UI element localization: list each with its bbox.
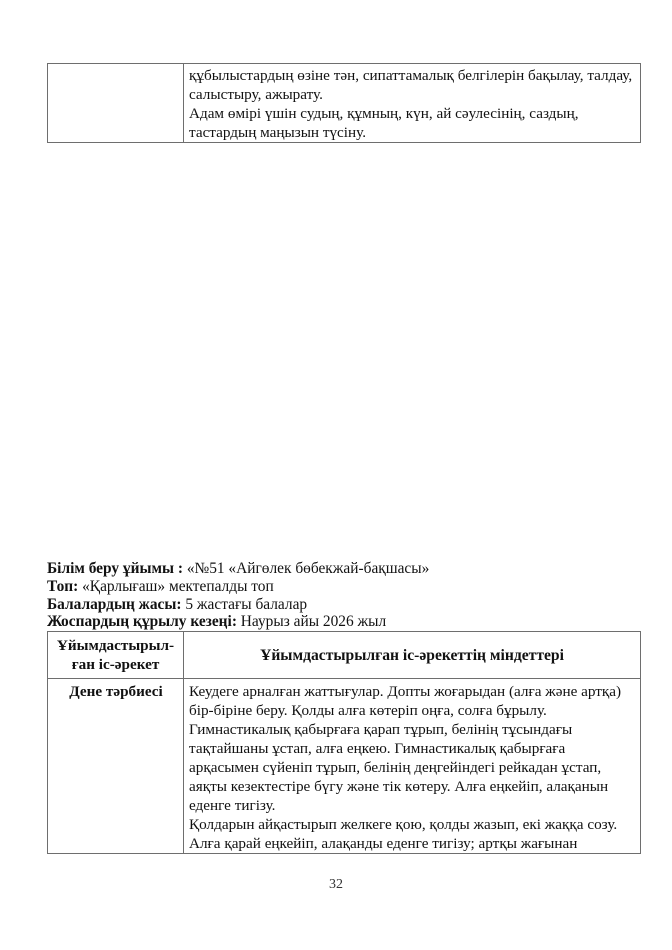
age-label: Балалардың жасы:: [47, 596, 182, 613]
page-number: 32: [0, 877, 672, 893]
header-activity: Ұйымдастырыл-ған іс-әрекет: [48, 632, 184, 679]
objectives-cell: Кеудеге арналған жаттығулар. Допты жоғар…: [184, 679, 641, 854]
group-line: Топ: «Қарлығаш» мектепалды топ: [47, 578, 429, 596]
organization-label: Білім беру ұйымы :: [47, 560, 183, 577]
table-header-row: Ұйымдастырыл-ған іс-әрекет Ұйымдастырылғ…: [48, 632, 641, 679]
header-objectives: Ұйымдастырылған іс-әрекеттің міндеттері: [184, 632, 641, 679]
table-row: Дене тәрбиесі Кеудеге арналған жаттығула…: [48, 679, 641, 854]
paragraph: Адам өмірі үшін судың, құмның, күн, ай с…: [189, 104, 636, 142]
period-label: Жоспардың құрылу кезеңі:: [47, 613, 237, 630]
paragraph: Кеудеге арналған жаттығулар. Допты жоғар…: [189, 682, 636, 815]
organization-value: «№51 «Айгөлек бөбекжай-бақшасы»: [183, 560, 429, 577]
period-value: Наурыз айы 2026 жыл: [237, 613, 386, 630]
group-value: «Қарлығаш» мектепалды топ: [78, 578, 273, 595]
period-line: Жоспардың құрылу кезеңі: Наурыз айы 2026…: [47, 613, 429, 631]
continuation-table: құбылыстардың өзіне тән, сипаттамалық бе…: [47, 63, 641, 143]
organization-line: Білім беру ұйымы : «№51 «Айгөлек бөбекжа…: [47, 560, 429, 578]
age-value: 5 жастағы балалар: [182, 596, 308, 613]
plan-info-block: Білім беру ұйымы : «№51 «Айгөлек бөбекжа…: [47, 560, 429, 631]
paragraph: құбылыстардың өзіне тән, сипаттамалық бе…: [189, 66, 636, 104]
paragraph: Қолдарын айқастырып желкеге қою, қолды ж…: [189, 815, 636, 853]
age-line: Балалардың жасы: 5 жастағы балалар: [47, 596, 429, 614]
table-cell-objectives: құбылыстардың өзіне тән, сипаттамалық бе…: [184, 64, 641, 143]
subject-cell: Дене тәрбиесі: [48, 679, 184, 854]
table-cell-empty: [48, 64, 184, 143]
table-row: құбылыстардың өзіне тән, сипаттамалық бе…: [48, 64, 641, 143]
activities-table: Ұйымдастырыл-ған іс-әрекет Ұйымдастырылғ…: [47, 631, 641, 854]
group-label: Топ:: [47, 578, 78, 595]
